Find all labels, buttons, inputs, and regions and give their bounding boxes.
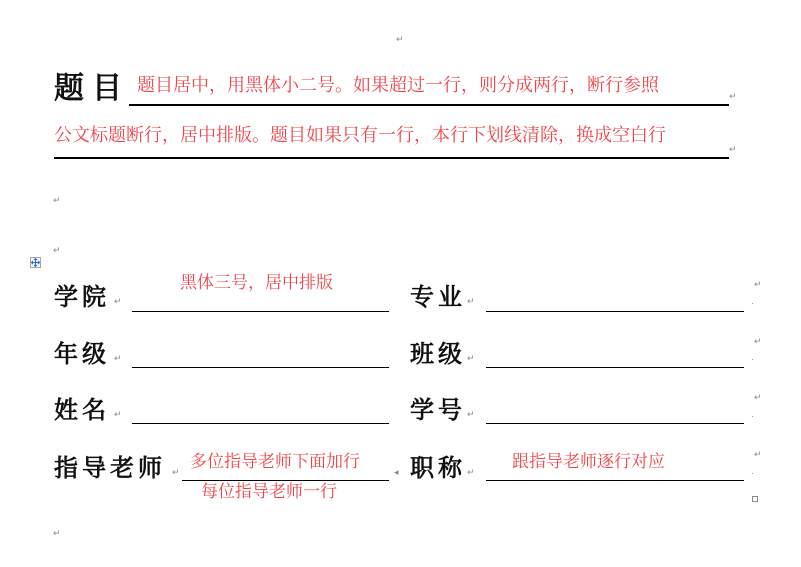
- title-underline-2: [54, 157, 729, 159]
- paragraph-mark: ↵: [53, 197, 61, 206]
- paragraph-mark: ↵: [396, 36, 404, 45]
- row-end-mark: ↵: [754, 394, 762, 403]
- advisor-annotation-1[interactable]: 多位指导老师下面加行: [190, 454, 360, 471]
- advisor-label: 指导老师: [54, 456, 166, 480]
- title-note-line-1[interactable]: 题目居中，用黑体小二号。如果超过一行，则分成两行，断行参照: [137, 77, 659, 95]
- cell-end-mark: ↵: [114, 411, 122, 420]
- cell-end-mark: ↵: [114, 355, 122, 364]
- row-end-mark: ↵: [754, 281, 762, 290]
- class-label: 班级: [410, 342, 466, 366]
- row-end-mark: ↵: [754, 451, 762, 460]
- title-rank-field[interactable]: [486, 480, 744, 481]
- paragraph-mark: ↵: [729, 146, 737, 155]
- cell-end-mark: ↵: [172, 469, 180, 478]
- title-underline-1: [129, 104, 729, 106]
- paragraph-mark: ↵: [53, 530, 61, 539]
- grade-field[interactable]: [132, 367, 389, 368]
- college-field[interactable]: [132, 311, 389, 312]
- title-rank-label: 职称: [410, 456, 466, 480]
- major-field[interactable]: [486, 311, 744, 312]
- college-annotation[interactable]: 黑体三号，居中排版: [180, 275, 333, 292]
- cell-end-mark: ↵: [467, 298, 475, 307]
- cell-end-mark: ↵: [467, 411, 475, 420]
- cell-end-mark: ↵: [467, 469, 475, 478]
- college-label: 学院: [54, 285, 110, 309]
- table-resize-handle[interactable]: [752, 496, 758, 502]
- advisor-field[interactable]: [182, 480, 389, 481]
- name-label: 姓名: [54, 398, 110, 422]
- table-move-handle-icon[interactable]: [30, 257, 41, 268]
- paragraph-mark: ↵: [53, 247, 61, 256]
- major-label: 专业: [410, 285, 466, 309]
- cell-end-mark: ↵: [114, 298, 122, 307]
- title-rank-annotation[interactable]: 跟指导老师逐行对应: [512, 454, 665, 471]
- student-id-label: 学号: [410, 398, 466, 422]
- student-id-field[interactable]: [486, 423, 744, 424]
- title-label: 题目: [54, 74, 130, 104]
- title-note-line-2[interactable]: 公文标题断行，居中排版。题目如果只有一行，本行下划线清除，换成空白行: [54, 127, 666, 145]
- grade-label: 年级: [54, 342, 110, 366]
- advisor-annotation-2[interactable]: 每位指导老师一行: [201, 484, 337, 501]
- name-field[interactable]: [132, 423, 389, 424]
- class-field[interactable]: [486, 367, 744, 368]
- cell-marker: ◂: [394, 469, 399, 478]
- paragraph-mark: ↵: [729, 93, 737, 102]
- row-end-mark: ↵: [754, 338, 762, 347]
- cell-end-mark: ↵: [467, 355, 475, 364]
